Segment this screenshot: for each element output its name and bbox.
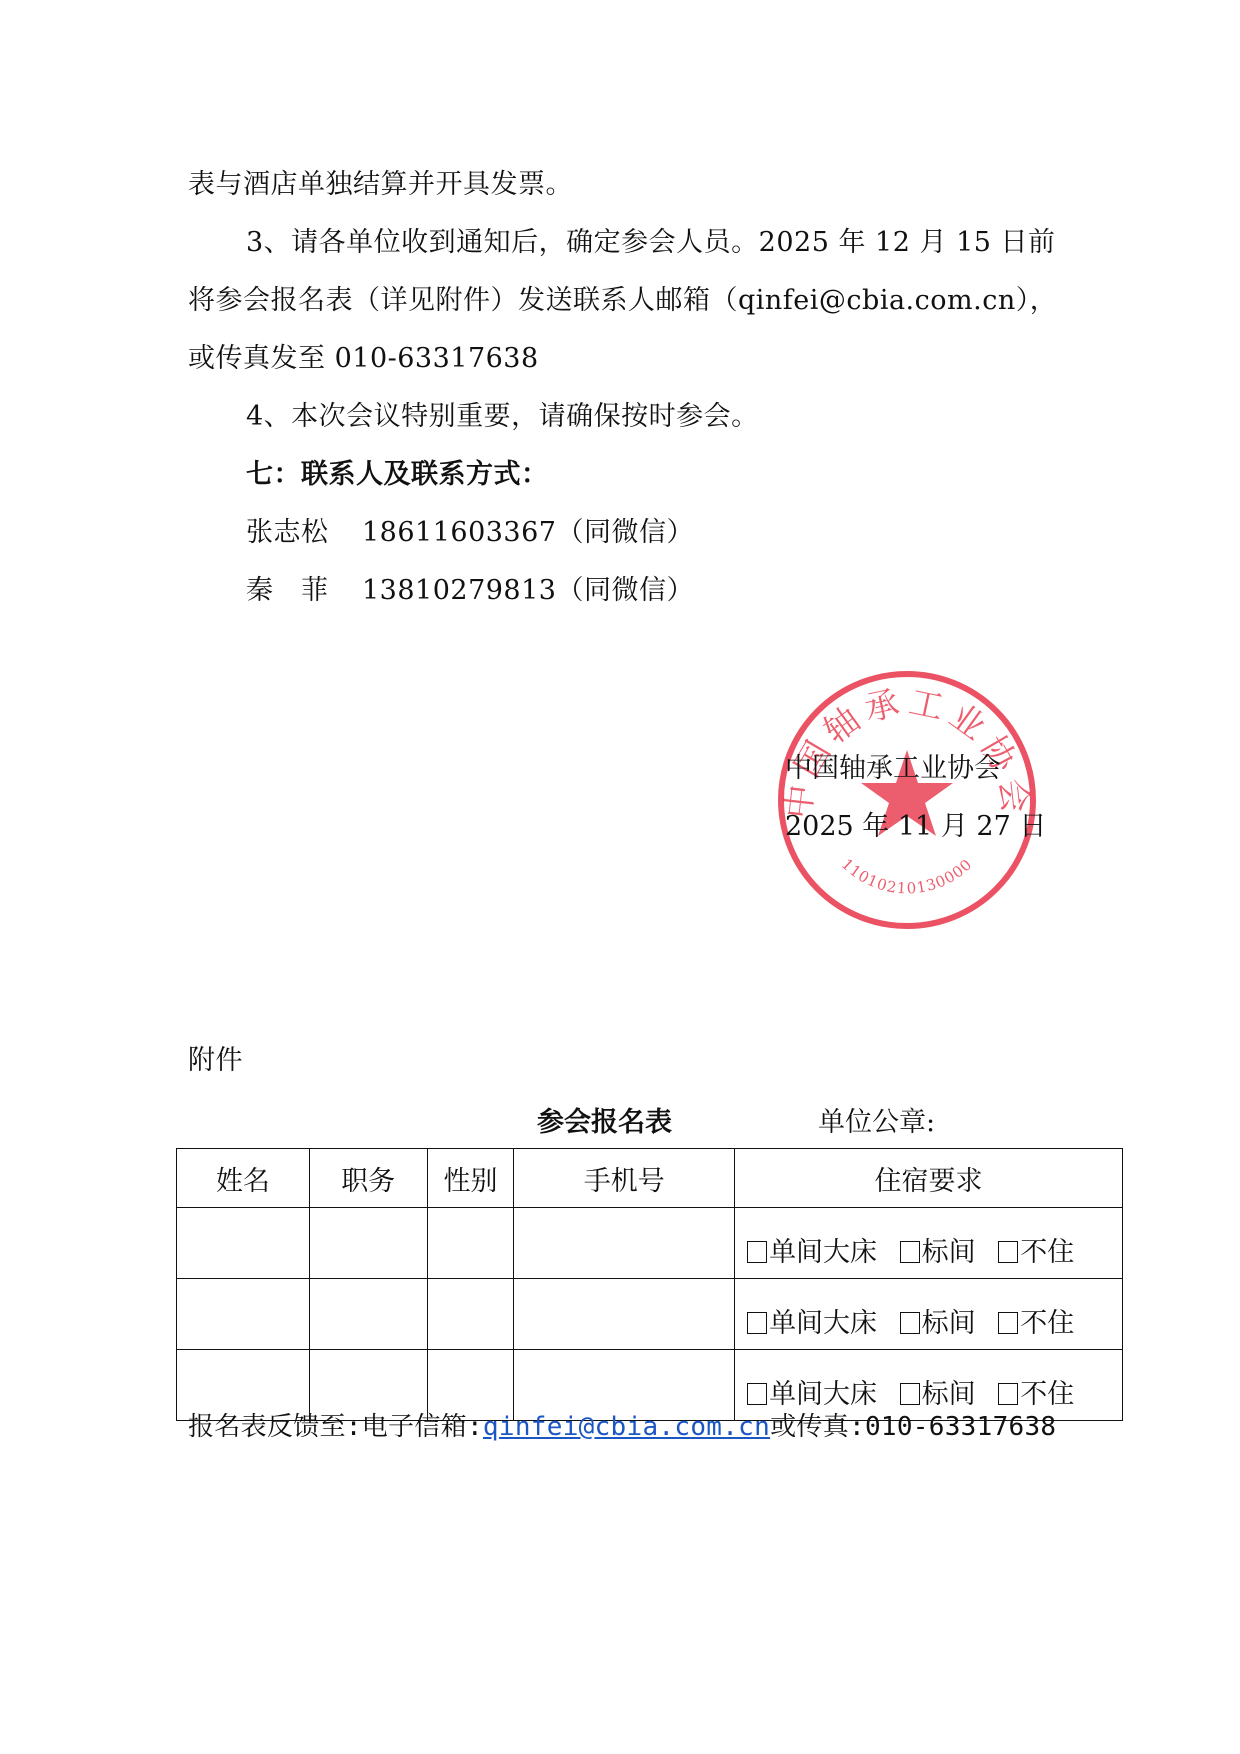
svg-text:11010210130000: 11010210130000 <box>838 855 976 897</box>
option-no-stay[interactable]: 不住 <box>998 1379 1074 1410</box>
option-standard-room[interactable]: 标间 <box>900 1308 976 1339</box>
paragraph-line: 或传真发至 010-63317638 <box>188 342 539 376</box>
signing-date: 2025 年 11 月 27 日 <box>785 810 1046 844</box>
checkbox-icon[interactable] <box>900 1383 920 1405</box>
checkbox-icon[interactable] <box>900 1241 920 1263</box>
option-single-room[interactable]: 单间大床 <box>747 1237 877 1268</box>
option-single-room[interactable]: 单间大床 <box>747 1308 877 1339</box>
unit-seal-label: 单位公章: <box>818 1100 935 1139</box>
header-name: 姓名 <box>177 1149 310 1208</box>
option-single-room[interactable]: 单间大床 <box>747 1379 877 1410</box>
contact-name: 张志松 <box>246 516 362 550</box>
accommodation-cell: 单间大床 标间 不住 <box>735 1279 1123 1350</box>
contact-row: 秦 菲13810279813（同微信） <box>246 574 694 608</box>
header-accommodation: 住宿要求 <box>735 1149 1123 1208</box>
form-title: 参会报名表 <box>537 1100 672 1139</box>
checkbox-icon[interactable] <box>747 1312 767 1334</box>
checkbox-icon[interactable] <box>998 1383 1018 1405</box>
phone-cell[interactable] <box>514 1208 735 1279</box>
table-header-row: 姓名 职务 性别 手机号 住宿要求 <box>177 1149 1123 1208</box>
checkbox-icon[interactable] <box>998 1241 1018 1263</box>
header-gender: 性别 <box>427 1149 514 1208</box>
position-cell[interactable] <box>309 1279 427 1350</box>
option-no-stay[interactable]: 不住 <box>998 1237 1074 1268</box>
paragraph-line: 将参会报名表（详见附件）发送联系人邮箱（qinfei@cbia.com.cn）， <box>188 284 1057 318</box>
contact-phone: 13810279813（同微信） <box>362 575 694 606</box>
paragraph-line: 4、本次会议特别重要，请确保按时参会。 <box>246 400 759 434</box>
option-standard-room[interactable]: 标间 <box>900 1237 976 1268</box>
checkbox-icon[interactable] <box>747 1241 767 1263</box>
official-seal-icon: 中国轴承工业协会 11010210130000 <box>775 668 1039 932</box>
accommodation-cell: 单间大床 标间 不住 <box>735 1208 1123 1279</box>
footer-prefix: 报名表反馈至:电子信箱: <box>188 1412 483 1442</box>
contact-phone: 18611603367（同微信） <box>362 517 694 548</box>
section-heading: 七：联系人及联系方式： <box>246 458 549 492</box>
table-row: 单间大床 标间 不住 <box>177 1208 1123 1279</box>
option-no-stay[interactable]: 不住 <box>998 1308 1074 1339</box>
contact-row: 张志松18611603367（同微信） <box>246 516 694 550</box>
gender-cell[interactable] <box>427 1208 514 1279</box>
email-link[interactable]: qinfei@cbia.com.cn <box>483 1412 770 1442</box>
footer-suffix: 或传真:010-63317638 <box>770 1412 1056 1442</box>
table-row: 单间大床 标间 不住 <box>177 1279 1123 1350</box>
paragraph-line: 表与酒店单独结算并开具发票。 <box>188 168 573 202</box>
position-cell[interactable] <box>309 1208 427 1279</box>
checkbox-icon[interactable] <box>747 1383 767 1405</box>
header-position: 职务 <box>309 1149 427 1208</box>
form-footer: 报名表反馈至:电子信箱:qinfei@cbia.com.cn或传真:010-63… <box>188 1406 1056 1443</box>
phone-cell[interactable] <box>514 1279 735 1350</box>
paragraph-line: 3、请各单位收到通知后，确定参会人员。2025 年 12 月 15 日前 <box>246 226 1056 260</box>
contact-name: 秦 菲 <box>246 574 362 608</box>
gender-cell[interactable] <box>427 1279 514 1350</box>
header-phone: 手机号 <box>514 1149 735 1208</box>
registration-table: 姓名 职务 性别 手机号 住宿要求 单间大床 标间 不住 单间大床 标间 <box>176 1148 1123 1421</box>
checkbox-icon[interactable] <box>998 1312 1018 1334</box>
signing-organization: 中国轴承工业协会 <box>785 752 1001 786</box>
checkbox-icon[interactable] <box>900 1312 920 1334</box>
name-cell[interactable] <box>177 1208 310 1279</box>
option-standard-room[interactable]: 标间 <box>900 1379 976 1410</box>
attachment-label: 附件 <box>188 1044 243 1078</box>
name-cell[interactable] <box>177 1279 310 1350</box>
